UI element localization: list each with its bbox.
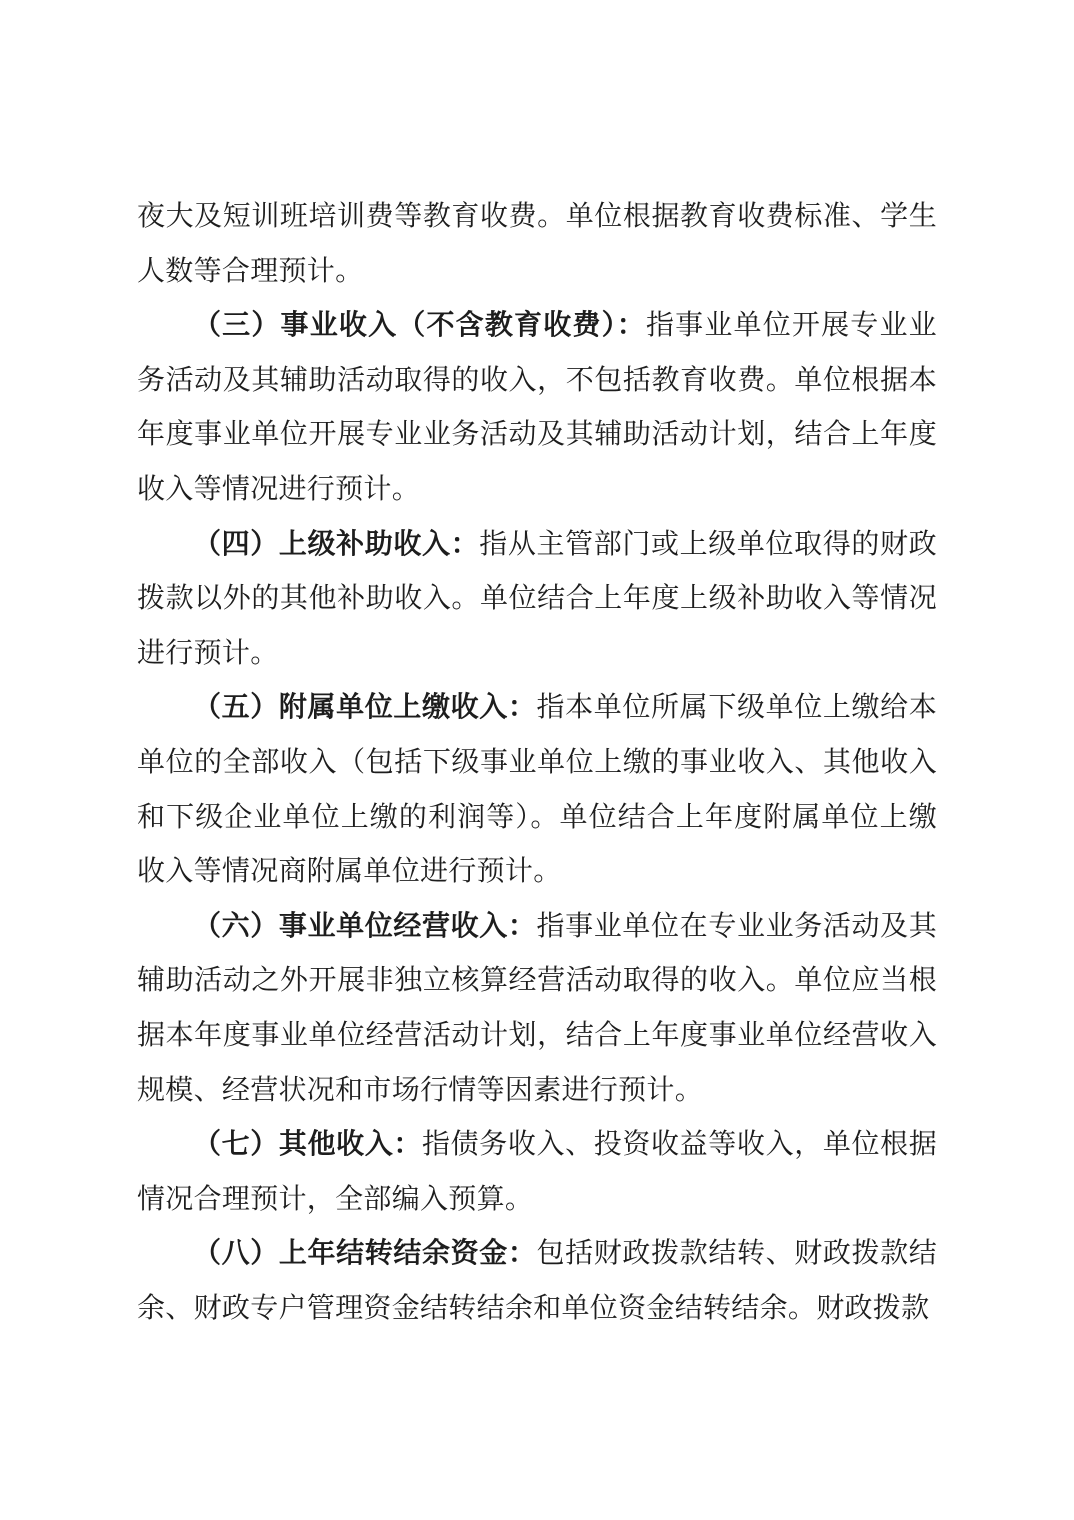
paragraph-lead: （三）事业收入（不含教育收费）： [193,310,646,341]
document-page: 夜大及短训班培训费等教育收费。单位根据教育收费标准、学生人数等合理预计。 （三）… [0,0,1074,1520]
paragraph-text: 夜大及短训班培训费等教育收费。单位根据教育收费标准、学生人数等合理预计。 [137,201,937,287]
paragraph: （五）附属单位上缴收入：指本单位所属下级单位上缴给本单位的全部收入（包括下级事业… [137,681,937,899]
paragraph-lead: （七）其他收入： [193,1129,422,1160]
document-body-text: 夜大及短训班培训费等教育收费。单位根据教育收费标准、学生人数等合理预计。 （三）… [137,190,937,1336]
paragraph-lead: （八）上年结转结余资金： [193,1238,537,1269]
paragraph-lead: （五）附属单位上缴收入： [193,692,537,723]
paragraph: （三）事业收入（不含教育收费）：指事业单位开展专业业务活动及其辅助活动取得的收入… [137,299,937,517]
paragraph: （八）上年结转结余资金：包括财政拨款结转、财政拨款结余、财政专户管理资金结转结余… [137,1227,937,1336]
paragraph: （七）其他收入：指债务收入、投资收益等收入，单位根据情况合理预计，全部编入预算。 [137,1118,937,1227]
paragraph: 夜大及短训班培训费等教育收费。单位根据教育收费标准、学生人数等合理预计。 [137,190,937,299]
paragraph: （六）事业单位经营收入：指事业单位在专业业务活动及其辅助活动之外开展非独立核算经… [137,900,937,1118]
paragraph-lead: （四）上级补助收入： [193,529,479,560]
paragraph-lead: （六）事业单位经营收入： [193,911,537,942]
paragraph: （四）上级补助收入：指从主管部门或上级单位取得的财政拨款以外的其他补助收入。单位… [137,518,937,682]
